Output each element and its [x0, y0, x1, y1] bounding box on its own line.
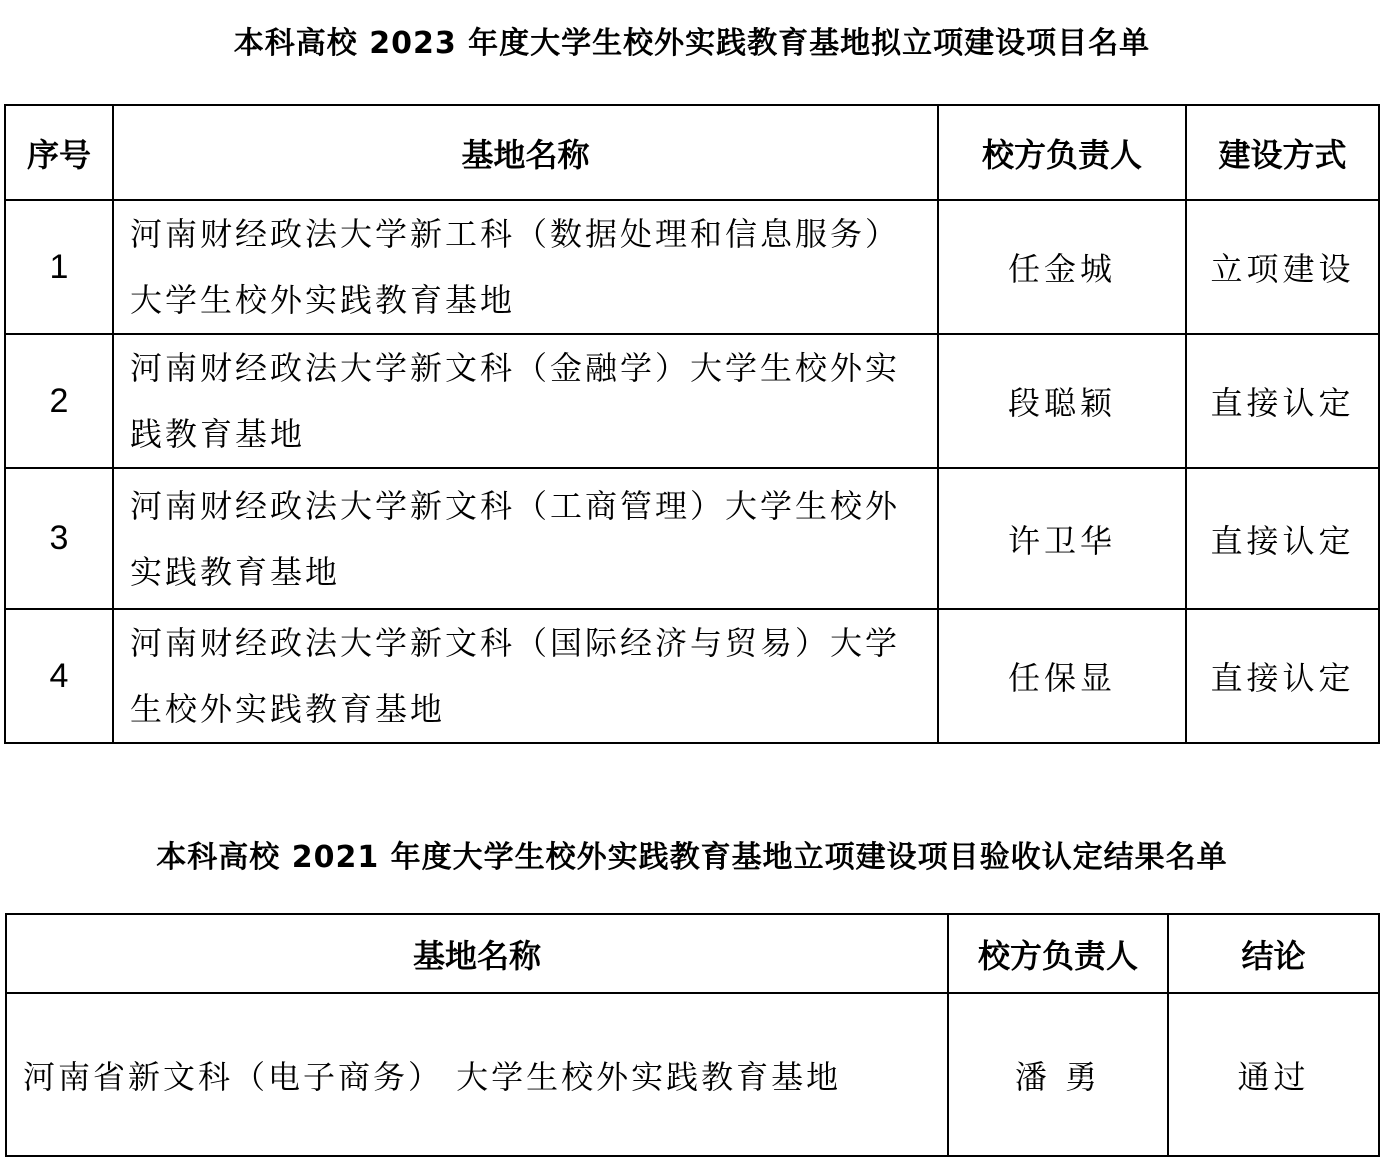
row-school-lead: 潘 勇 [948, 993, 1168, 1156]
table-header-row: 基地名称 校方负责人 结论 [6, 914, 1379, 993]
row-serial-number: 3 [5, 468, 113, 609]
header-serial-number: 序号 [5, 105, 113, 200]
acceptance-result-table-2021: 基地名称 校方负责人 结论 河南省新文科（电子商务） 大学生校外实践教育基地 潘… [5, 913, 1380, 1157]
header-construction-mode: 建设方式 [1186, 105, 1379, 200]
header-school-lead: 校方负责人 [948, 914, 1168, 993]
row-construction-mode: 立项建设 [1186, 200, 1379, 334]
row-base-name: 河南财经政法大学新文科（金融学）大学生校外实践教育基地 [113, 334, 938, 468]
row-base-name: 河南财经政法大学新工科（数据处理和信息服务）大学生校外实践教育基地 [113, 200, 938, 334]
row-construction-mode: 直接认定 [1186, 334, 1379, 468]
row-serial-number: 2 [5, 334, 113, 468]
row-conclusion: 通过 [1168, 993, 1379, 1156]
row-serial-number: 1 [5, 200, 113, 334]
row-construction-mode: 直接认定 [1186, 468, 1379, 609]
row-school-lead: 任金城 [938, 200, 1186, 334]
row-construction-mode: 直接认定 [1186, 609, 1379, 743]
header-base-name: 基地名称 [113, 105, 938, 200]
project-list-table-2023: 序号 基地名称 校方负责人 建设方式 1 河南财经政法大学新工科（数据处理和信息… [4, 104, 1380, 744]
table-row: 1 河南财经政法大学新工科（数据处理和信息服务）大学生校外实践教育基地 任金城 … [5, 200, 1379, 334]
row-school-lead: 任保显 [938, 609, 1186, 743]
table2-title: 本科高校 2021 年度大学生校外实践教育基地立项建设项目验收认定结果名单 [0, 838, 1384, 878]
row-base-name: 河南财经政法大学新文科（国际经济与贸易）大学生校外实践教育基地 [113, 609, 938, 743]
row-school-lead: 段聪颖 [938, 334, 1186, 468]
table-row: 2 河南财经政法大学新文科（金融学）大学生校外实践教育基地 段聪颖 直接认定 [5, 334, 1379, 468]
table-row: 3 河南财经政法大学新文科（工商管理）大学生校外实践教育基地 许卫华 直接认定 [5, 468, 1379, 609]
row-school-lead: 许卫华 [938, 468, 1186, 609]
table-row: 4 河南财经政法大学新文科（国际经济与贸易）大学生校外实践教育基地 任保显 直接… [5, 609, 1379, 743]
header-base-name: 基地名称 [6, 914, 948, 993]
header-conclusion: 结论 [1168, 914, 1379, 993]
row-serial-number: 4 [5, 609, 113, 743]
table1-title: 本科高校 2023 年度大学生校外实践教育基地拟立项建设项目名单 [0, 24, 1384, 64]
header-school-lead: 校方负责人 [938, 105, 1186, 200]
table-row: 河南省新文科（电子商务） 大学生校外实践教育基地 潘 勇 通过 [6, 993, 1379, 1156]
row-base-name: 河南省新文科（电子商务） 大学生校外实践教育基地 [6, 993, 948, 1156]
table-header-row: 序号 基地名称 校方负责人 建设方式 [5, 105, 1379, 200]
row-base-name: 河南财经政法大学新文科（工商管理）大学生校外实践教育基地 [113, 468, 938, 609]
